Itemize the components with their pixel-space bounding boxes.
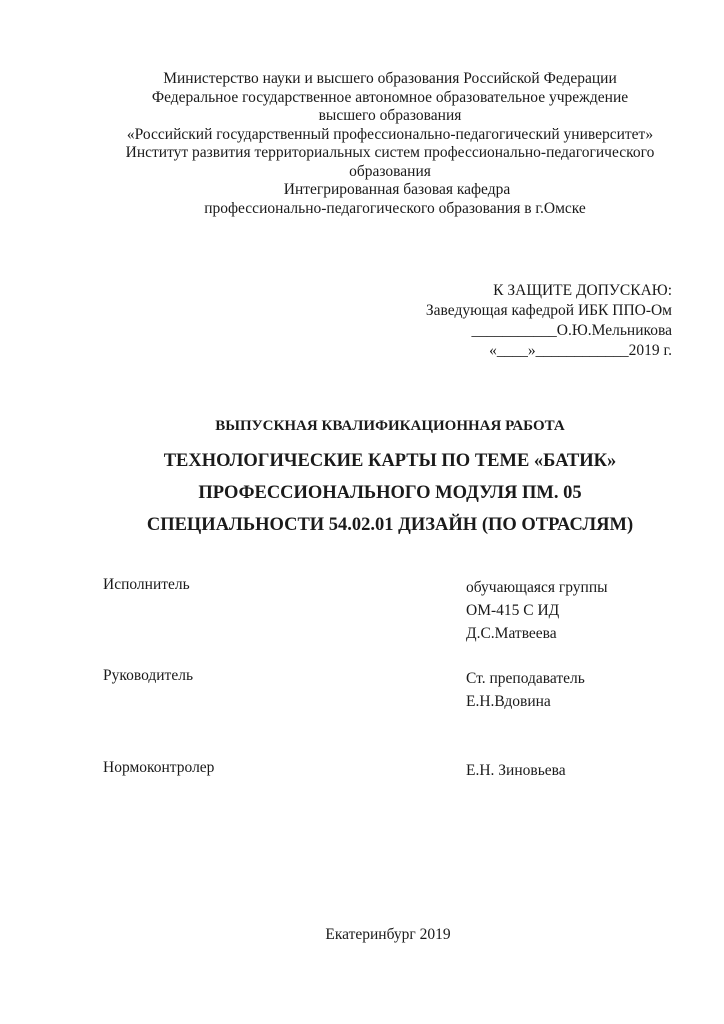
approval-heading: К ЗАЩИТЕ ДОПУСКАЮ: bbox=[426, 281, 672, 301]
work-type: ВЫПУСКНАЯ КВАЛИФИКАЦИОННАЯ РАБОТА bbox=[100, 415, 680, 437]
role-label: Руководитель bbox=[103, 667, 193, 685]
federal-institution-line: Федеральное государственное автономное о… bbox=[95, 89, 685, 108]
thesis-title-block: ВЫПУСКНАЯ КВАЛИФИКАЦИОННАЯ РАБОТА ТЕХНОЛ… bbox=[100, 415, 680, 541]
role-values: Ст. преподаватель Е.Н.Вдовина bbox=[466, 667, 585, 713]
institution-header: Министерство науки и высшего образования… bbox=[95, 70, 685, 218]
role-values: Е.Н. Зиновьева bbox=[466, 759, 566, 782]
role-value: Е.Н. Зиновьева bbox=[466, 759, 566, 782]
higher-education-line: высшего образования bbox=[95, 107, 685, 126]
thesis-topic-line-1: ТЕХНОЛОГИЧЕСКИЕ КАРТЫ ПО ТЕМЕ «БАТИК» bbox=[100, 445, 680, 477]
title-page: Министерство науки и высшего образования… bbox=[0, 0, 724, 1024]
city-year: Екатеринбург 2019 bbox=[0, 926, 724, 944]
department-line: Интегрированная базовая кафедра bbox=[95, 181, 685, 200]
role-value: Е.Н.Вдовина bbox=[466, 690, 585, 713]
thesis-topic-line-2: ПРОФЕССИОНАЛЬНОГО МОДУЛЯ ПМ. 05 bbox=[100, 477, 680, 509]
institute-line-continued: образования bbox=[95, 163, 685, 182]
university-name-line: «Российский государственный профессионал… bbox=[95, 126, 685, 145]
role-values: обучающаяся группы ОМ-415 С ИД Д.С.Матве… bbox=[466, 576, 608, 645]
role-value: обучающаяся группы bbox=[466, 576, 608, 599]
approval-block: К ЗАЩИТЕ ДОПУСКАЮ: Заведующая кафедрой И… bbox=[426, 281, 672, 361]
role-label: Исполнитель bbox=[103, 576, 190, 594]
role-label: Нормоконтролер bbox=[103, 759, 214, 777]
department-line-continued: профессионально-педагогического образова… bbox=[95, 200, 685, 219]
approval-date-line: «____»____________2019 г. bbox=[426, 341, 672, 361]
institute-line: Институт развития территориальных систем… bbox=[95, 144, 685, 163]
role-value: ОМ-415 С ИД bbox=[466, 599, 608, 622]
ministry-line: Министерство науки и высшего образования… bbox=[95, 70, 685, 89]
role-value: Д.С.Матвеева bbox=[466, 622, 608, 645]
role-value: Ст. преподаватель bbox=[466, 667, 585, 690]
approver-position: Заведующая кафедрой ИБК ППО-Ом bbox=[426, 301, 672, 321]
approver-signature-line: ___________О.Ю.Мельникова bbox=[426, 321, 672, 341]
thesis-topic-line-3: СПЕЦИАЛЬНОСТИ 54.02.01 ДИЗАЙН (ПО ОТРАСЛ… bbox=[100, 509, 680, 541]
